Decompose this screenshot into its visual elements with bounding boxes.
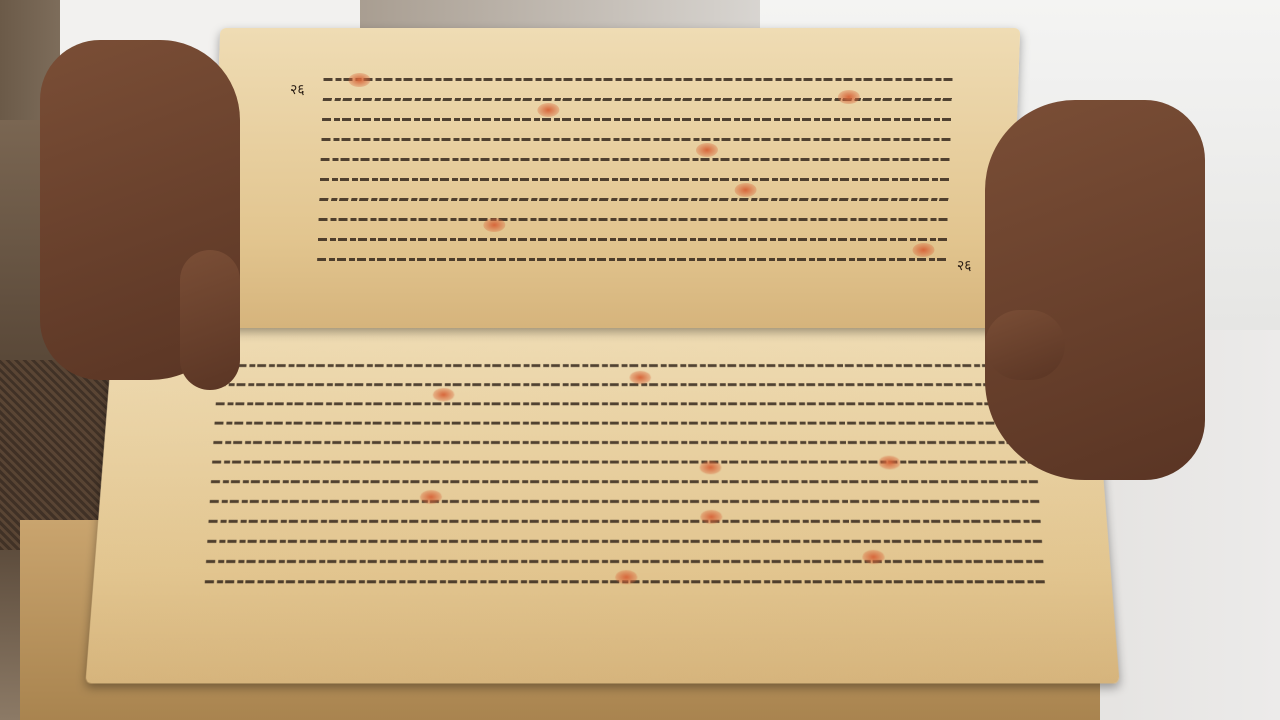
photo-scene: २६ २६ [0,0,1280,720]
right-thumb [985,310,1065,380]
page-number-left: २६ [290,80,305,99]
page-number-right: २६ [957,256,972,275]
manuscript-page-bottom [85,322,1119,684]
devanagari-text-block [317,78,954,278]
right-hand [985,100,1205,480]
left-thumb [180,250,240,390]
devanagari-text-block [204,364,1047,600]
manuscript-page-top: २६ २६ [210,28,1020,328]
